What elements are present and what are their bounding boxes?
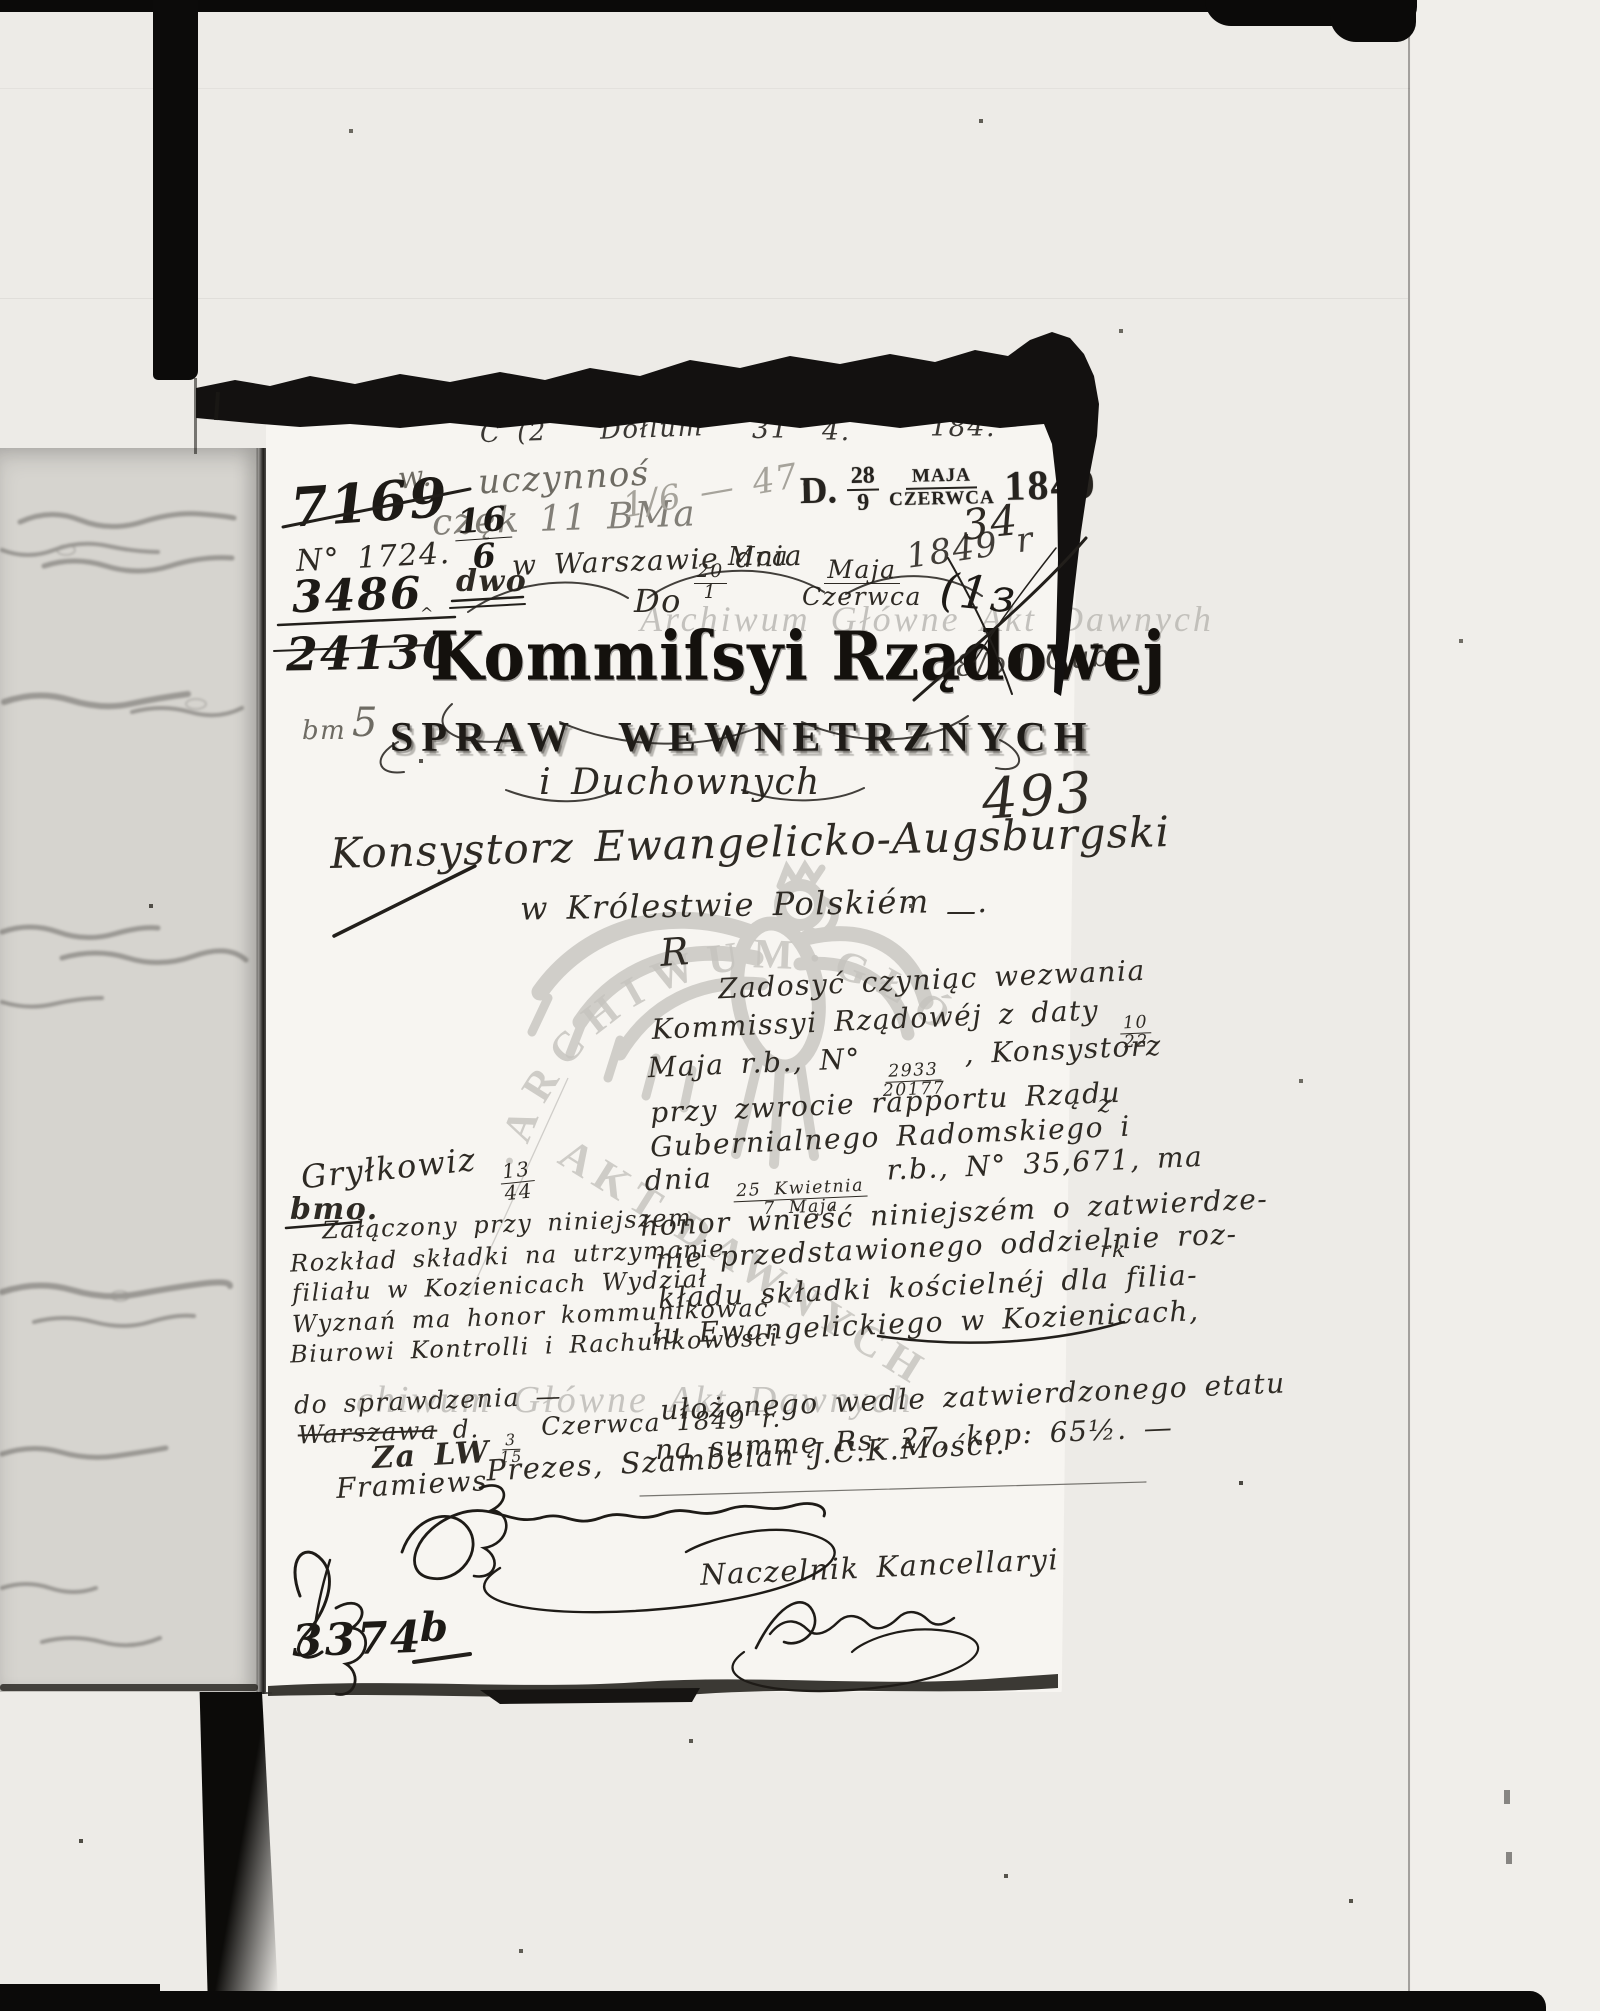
dust-specks — [0, 0, 2, 2]
president-signature — [402, 1504, 835, 1613]
chancellor-signature — [733, 1602, 979, 1691]
office-paraph — [295, 1552, 366, 1694]
overlay-graphics — [0, 0, 1600, 2011]
film-bottom-bar — [0, 1991, 1546, 2011]
clerk-paraph — [474, 1485, 506, 1576]
page-bottom-edge-dark — [480, 1688, 700, 1704]
film-left-strip — [153, 0, 198, 380]
pen-strokes — [274, 489, 1146, 1662]
archival-scan: ·ARCHIWUM·GŁÓWNE· AKT DAWNYCH Archiwum — [0, 0, 1600, 2011]
film-bottom-bar-step — [0, 1984, 160, 2011]
film-sprocket-mark — [1504, 1790, 1510, 1804]
torn-top-edge — [196, 332, 1099, 696]
film-left-strip-line — [194, 378, 197, 454]
film-top-blob — [1330, 0, 1416, 42]
film-sprocket-mark — [1506, 1852, 1512, 1864]
